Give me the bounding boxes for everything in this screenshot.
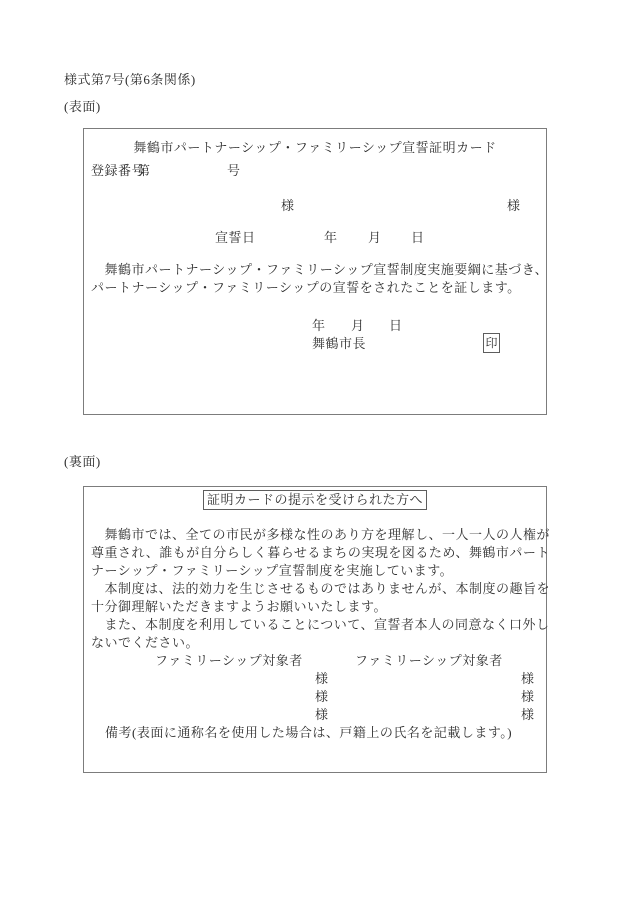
front-name-honorific-right: 様 — [507, 199, 521, 213]
form-number-label: 様式第7号(第6条関係) — [64, 73, 196, 87]
front-card-title: 舞鶴市パートナーシップ・ファミリーシップ宣誓証明カード — [84, 141, 546, 155]
back-body-line: また、本制度を利用していることについて、宣誓者本人の同意なく口外し — [91, 616, 541, 634]
mayor-label: 舞鶴市長 — [312, 337, 366, 351]
registration-number-suffix: 号 — [227, 164, 241, 178]
back-body-line: 十分御理解いただきますようお願いいたします。 — [91, 598, 541, 616]
familyship-honorific-left: 様 — [315, 672, 329, 686]
front-body-text: 舞鶴市パートナーシップ・ファミリーシップ宣誓制度実施要綱に基づき、 パートナーシ… — [91, 261, 541, 297]
issue-date-month: 月 — [351, 319, 365, 333]
back-body-line: 本制度は、法的効力を生じさせるものではありませんが、本制度の趣旨を — [91, 580, 541, 598]
back-heading-boxed: 証明カードの提示を受けられた方へ — [203, 490, 427, 510]
issue-date-year: 年 — [312, 319, 326, 333]
registration-number-prefix: 第 — [137, 164, 151, 178]
back-body-line: ないでください。 — [91, 634, 541, 652]
front-name-honorific-left: 様 — [281, 199, 295, 213]
familyship-honorific-left: 様 — [315, 690, 329, 704]
oath-date-month: 月 — [368, 231, 382, 245]
familyship-honorific-right: 様 — [521, 708, 535, 722]
back-body-text: 舞鶴市では、全ての市民が多様な性のあり方を理解し、一人一人の人権が 尊重され、誰… — [91, 526, 541, 652]
remarks-note: 備考(表面に通称名を使用した場合は、戸籍上の氏名を記載します。) — [105, 726, 512, 740]
issue-date-day: 日 — [389, 319, 403, 333]
back-body-line: 舞鶴市では、全ての市民が多様な性のあり方を理解し、一人一人の人権が — [91, 526, 541, 544]
document-page: 様式第7号(第6条関係) (表面) 舞鶴市パートナーシップ・ファミリーシップ宣誓… — [0, 0, 630, 903]
familyship-target-label-right: ファミリーシップ対象者 — [355, 654, 503, 668]
back-body-line: 尊重され、誰もが自分らしく暮らせるまちの実現を図るため、舞鶴市パート — [91, 544, 541, 562]
front-card: 舞鶴市パートナーシップ・ファミリーシップ宣誓証明カード 登録番号 第 号 様 様… — [83, 128, 547, 415]
back-body-line: ナーシップ・ファミリーシップ宣誓制度を実施しています。 — [91, 562, 541, 580]
front-body-line: 舞鶴市パートナーシップ・ファミリーシップ宣誓制度実施要綱に基づき、 — [91, 261, 541, 279]
familyship-honorific-right: 様 — [521, 690, 535, 704]
back-card: 証明カードの提示を受けられた方へ 舞鶴市では、全ての市民が多様な性のあり方を理解… — [83, 486, 547, 773]
familyship-honorific-right: 様 — [521, 672, 535, 686]
back-heading-wrap: 証明カードの提示を受けられた方へ — [84, 490, 546, 510]
familyship-honorific-left: 様 — [315, 708, 329, 722]
front-side-label: (表面) — [64, 100, 101, 114]
oath-date-day: 日 — [411, 231, 425, 245]
front-body-line: パートナーシップ・ファミリーシップの宣誓をされたことを証します。 — [91, 279, 541, 297]
oath-date-label: 宣誓日 — [215, 231, 256, 245]
familyship-target-label-left: ファミリーシップ対象者 — [155, 654, 303, 668]
back-side-label: (裏面) — [64, 455, 101, 469]
oath-date-year: 年 — [324, 231, 338, 245]
seal-placeholder-box: 印 — [483, 333, 500, 353]
